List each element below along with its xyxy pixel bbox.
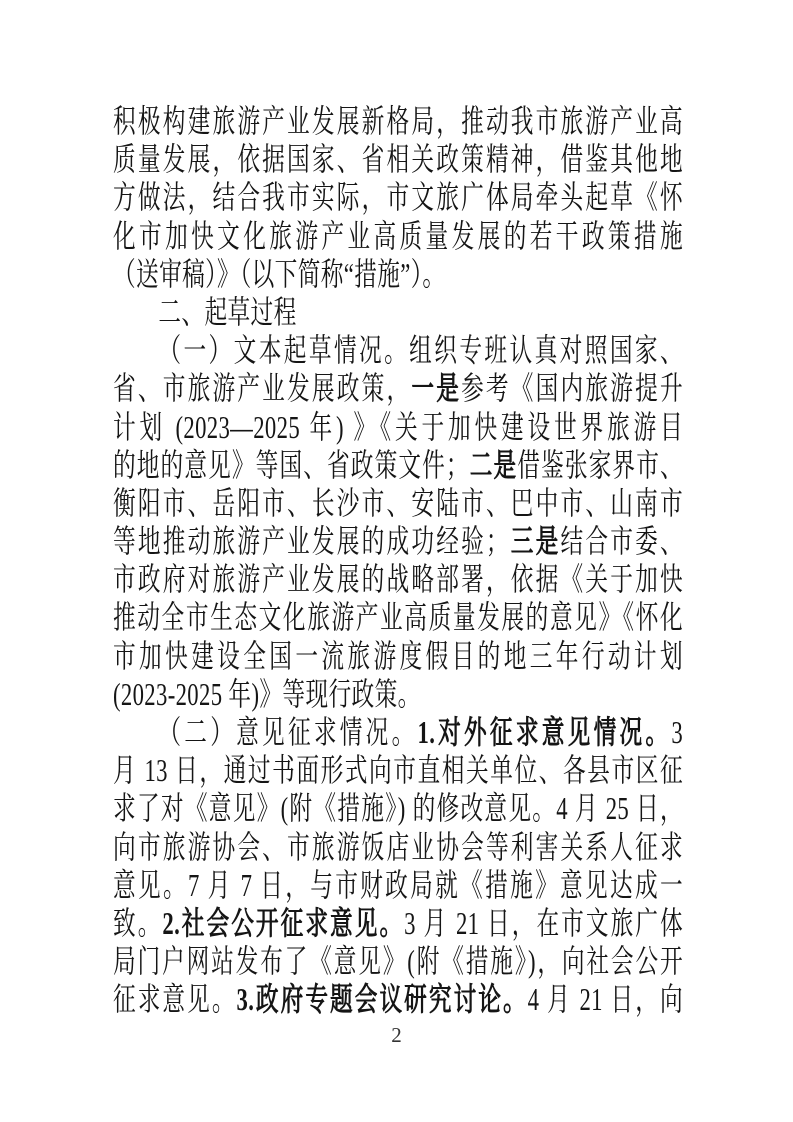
- text-run: 省、市旅游产业发展政策，: [113, 370, 411, 406]
- text-run: 二、起草过程: [158, 294, 296, 330]
- document-page: 积极构建旅游产业发展新格局，推动我市旅游产业高质量发展，依据国家、省相关政策精神…: [0, 0, 793, 1122]
- text-line: 等地推动旅游产业发展的成功经验；三是结合市委、: [113, 522, 683, 560]
- text-run: 月 13 日，通过书面形式向市直相关单位、各县市区征: [113, 752, 683, 788]
- text-run: 质量发展，依据国家、省相关政策精神，借鉴其他地: [113, 141, 683, 177]
- text-run: 推动全市生态文化旅游产业高质量发展的意见》《怀化: [113, 599, 683, 635]
- text-run: 3 月 21 日，在市文旅广体: [404, 905, 683, 941]
- text-run: 求了对《意见》(附《措施》) 的修改意见。4 月 25 日，: [113, 790, 683, 826]
- text-line: 推动全市生态文化旅游产业高质量发展的意见》《怀化: [113, 598, 683, 636]
- text-line: 的地的意见》等国、省政策文件；二是借鉴张家界市、: [113, 446, 683, 484]
- text-run: 等地推动旅游产业发展的成功经验；: [113, 523, 509, 559]
- text-line: 市政府对旅游产业发展的战略部署，依据《关于加快: [113, 560, 683, 598]
- text-line: (2023-2025 年)》等现行政策。: [113, 675, 683, 713]
- text-block: 积极构建旅游产业发展新格局，推动我市旅游产业高质量发展，依据国家、省相关政策精神…: [113, 102, 683, 1019]
- text-run: 方做法，结合我市实际，市文旅广体局牵头起草《怀: [113, 179, 683, 215]
- text-line: （送审稿）》（以下简称“措施”）。: [113, 255, 683, 293]
- text-run: 计划 (2023—2025 年) 》《关于加快建设世界旅游目: [113, 409, 683, 445]
- text-line: 积极构建旅游产业发展新格局，推动我市旅游产业高: [113, 102, 683, 140]
- text-line: 致。2.社会公开征求意见。3 月 21 日，在市文旅广体: [113, 904, 683, 942]
- text-line: 局门户网站发布了《意见》(附《措施》)，向社会公开: [113, 942, 683, 980]
- text-run: 借鉴张家界市、: [517, 447, 683, 483]
- text-line: 向市旅游协会、市旅游饭店业协会等利害关系人征求: [113, 828, 683, 866]
- text-line: 二、起草过程: [113, 293, 683, 331]
- text-run: 市政府对旅游产业发展的战略部署，依据《关于加快: [113, 561, 683, 597]
- text-run: 结合市委、: [561, 523, 683, 559]
- text-line: 方做法，结合我市实际，市文旅广体局牵头起草《怀: [113, 178, 683, 216]
- bold-text-run: 3.政府专题会议研究讨论。: [237, 981, 528, 1017]
- bold-text-run: 2.社会公开征求意见。: [162, 905, 404, 941]
- text-line: 意见。7 月 7 日，与市财政局就《措施》意见达成一: [113, 866, 683, 904]
- bold-text-run: 二是: [469, 447, 517, 483]
- text-run: 局门户网站发布了《意见》(附《措施》)，向社会公开: [113, 943, 683, 979]
- text-line: 征求意见。3.政府专题会议研究讨论。4 月 21 日，向: [113, 980, 683, 1018]
- text-run: 的地的意见》等国、省政策文件；: [113, 447, 469, 483]
- text-line: 求了对《意见》(附《措施》) 的修改意见。4 月 25 日，: [113, 789, 683, 827]
- text-line: 省、市旅游产业发展政策，一是参考《国内旅游提升: [113, 369, 683, 407]
- text-line: 计划 (2023—2025 年) 》《关于加快建设世界旅游目: [113, 408, 683, 446]
- text-run: 参考《国内旅游提升: [461, 370, 683, 406]
- bold-text-run: 1.对外征求意见情况。: [418, 714, 672, 750]
- text-line: （一）文本起草情况。组织专班认真对照国家、: [113, 331, 683, 369]
- text-run: 意见。7 月 7 日，与市财政局就《措施》意见达成一: [113, 867, 683, 903]
- text-line: （二）意见征求情况。1.对外征求意见情况。3: [113, 713, 683, 751]
- text-run: 致。: [113, 905, 162, 941]
- text-line: 质量发展，依据国家、省相关政策精神，借鉴其他地: [113, 140, 683, 178]
- text-run: （二）意见征求情况。: [158, 714, 417, 750]
- text-run: 4 月 21 日，向: [528, 981, 683, 1017]
- text-run: 衡阳市、岳阳市、长沙市、安陆市、巴中市、山南市: [113, 485, 683, 521]
- text-run: 向市旅游协会、市旅游饭店业协会等利害关系人征求: [113, 829, 683, 865]
- text-run: 积极构建旅游产业发展新格局，推动我市旅游产业高: [113, 103, 683, 139]
- text-run: 化市加快文化旅游产业高质量发展的若干政策措施: [113, 218, 683, 254]
- text-run: (2023-2025 年)》等现行政策。: [113, 676, 421, 712]
- text-run: （送审稿）》（以下简称“措施”）。: [113, 256, 445, 292]
- page-number: 2: [0, 1022, 793, 1048]
- bold-text-run: 三是: [509, 523, 561, 559]
- text-line: 化市加快文化旅游产业高质量发展的若干政策措施: [113, 217, 683, 255]
- text-run: 市加快建设全国一流旅游度假目的地三年行动计划: [113, 638, 683, 674]
- text-line: 市加快建设全国一流旅游度假目的地三年行动计划: [113, 637, 683, 675]
- bold-text-run: 一是: [411, 370, 461, 406]
- text-run: 征求意见。: [113, 981, 237, 1017]
- text-run: （一）文本起草情况。组织专班认真对照国家、: [158, 332, 683, 368]
- text-run: 3: [671, 714, 683, 750]
- text-line: 衡阳市、岳阳市、长沙市、安陆市、巴中市、山南市: [113, 484, 683, 522]
- text-line: 月 13 日，通过书面形式向市直相关单位、各县市区征: [113, 751, 683, 789]
